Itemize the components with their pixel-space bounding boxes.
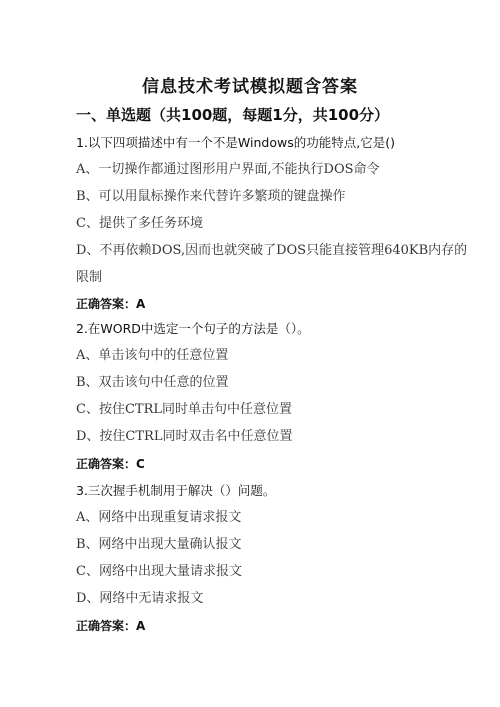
question-2-option-d: D、按住CTRL同时双击名中任意位置	[76, 428, 292, 446]
question-3-stem: 3.三次握手机制用于解决（）问题。	[76, 482, 275, 500]
question-2-option-a: A、单击该句中的任意位置	[76, 347, 228, 365]
question-1-option-d-continued: 限制	[76, 269, 102, 287]
question-2-option-b: B、双击该句中任意的位置	[76, 374, 229, 392]
question-1-option-a: A、一切操作都通过图形用户界面,不能执行DOS命令	[76, 161, 380, 179]
section-heading: 一、单选题（共100题，每题1分，共100分）	[76, 104, 389, 125]
question-1-stem: 1.以下四项描述中有一个不是Windows的功能特点,它是()	[76, 134, 395, 152]
question-1-answer: 正确答案：A	[76, 295, 145, 313]
document-title: 信息技术考试模拟题含答案	[0, 72, 500, 97]
document-page: 信息技术考试模拟题含答案 一、单选题（共100题，每题1分，共100分） 1.以…	[0, 0, 500, 707]
question-2-option-c: C、按住CTRL同时单击句中任意位置	[76, 401, 292, 419]
question-3-answer: 正确答案：A	[76, 617, 145, 635]
question-1-option-c: C、提供了多任务环境	[76, 215, 203, 233]
question-1-option-d: D、不再依赖DOS,因而也就突破了DOS只能直接管理640KB内存的	[76, 242, 467, 260]
question-2-stem: 2.在WORD中选定一个句子的方法是（）。	[76, 320, 310, 338]
question-1-option-b: B、可以用鼠标操作来代替许多繁琐的键盘操作	[76, 188, 346, 206]
question-3-option-d: D、网络中无请求报文	[76, 590, 203, 608]
question-3-option-c: C、网络中出现大量请求报文	[76, 563, 242, 581]
question-3-option-a: A、网络中出现重复请求报文	[76, 509, 241, 527]
question-2-answer: 正确答案：C	[76, 455, 145, 473]
question-3-option-b: B、网络中出现大量确认报文	[76, 536, 242, 554]
